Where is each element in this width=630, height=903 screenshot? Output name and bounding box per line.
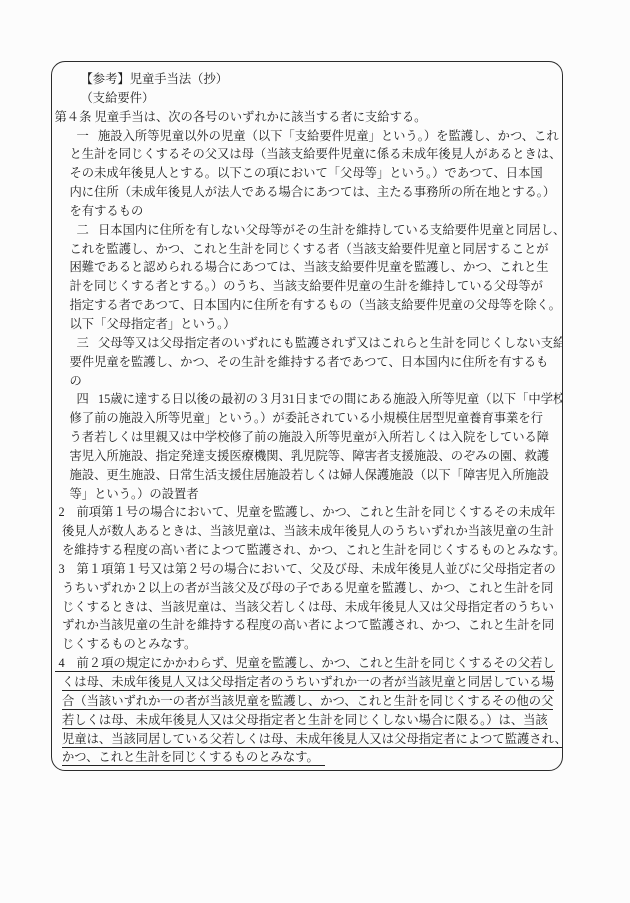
law-line: 指定する者であつて、日本国内に住所を有するもの（当該支給要件児童の父母等を除く。 bbox=[55, 296, 561, 315]
law-line-text: 指定する者であつて、日本国内に住所を有するもの（当該支給要件児童の父母等を除く。 bbox=[70, 298, 561, 312]
law-line: ずれか当該児童の生計を維持する程度の高い者によつて監護され、かつ、これと生計を同 bbox=[55, 616, 561, 635]
law-line: 若しくは母、未成年後見人又は父母指定者と生計を同じくしない場合に限る。）は、当該 bbox=[55, 711, 561, 730]
law-line-numbered: 4前２項の規定にかかわらず、児童を監護し、かつ、これと生計を同じくするその父若し bbox=[55, 654, 561, 673]
law-line-text: 合（当該いずれか一の者が当該児童を監護し、かつ、これと生計を同じくするその他の父 bbox=[62, 694, 553, 708]
law-line-text: くは母、未成年後見人又は父母指定者のうちいずれか一の者が当該児童と同居している場 bbox=[62, 675, 554, 689]
law-line-text: これを監護し、かつ、これと生計を同じくする者（当該支給要件児童と同居することが bbox=[70, 242, 549, 256]
law-line-text: 日本国内に住所を有しない父母等がその生計を維持している支給要件児童と同居し、 bbox=[98, 223, 563, 237]
law-line-numbered: 三父母等又は父母指定者のいずれにも監護されず又はこれらと生計を同じくしない支給 bbox=[55, 334, 561, 353]
text-run: じくするものとみなす。 bbox=[62, 637, 196, 651]
law-line: 第４条 児童手当は、次の各号のいずれかに該当する者に支給する。 bbox=[55, 108, 561, 127]
law-line: を有するもの bbox=[55, 202, 561, 221]
underlined-text-run: かつ、これと生計を同じくするものとみなす。 bbox=[62, 750, 325, 766]
law-line: 計を同じくする者とする。）のうち、当該支給要件児童の生計を維持している父母等が bbox=[55, 277, 561, 296]
text-run: うちいずれか２以上の者が当該父及び母の子である児童を監護し、かつ、これと生計を同 bbox=[62, 581, 553, 595]
law-line: を維持する程度の高い者によつて監護され、かつ、これと生計を同じくするものとみなす… bbox=[55, 541, 561, 560]
text-run: の bbox=[70, 374, 82, 388]
paragraph-number: 4 bbox=[55, 654, 77, 673]
law-line-text: 要件児童を監護し、かつ、その生計を維持する者であつて、日本国内に住所を有するも bbox=[70, 355, 549, 369]
law-line: じくするものとみなす。 bbox=[55, 635, 561, 654]
text-run: これを監護し、かつ、これと生計を同じくする者（当該支給要件児童と同居することが bbox=[70, 242, 549, 256]
law-line-text: 修了前の施設入所等児童」という。）が委託されている小規模住居型児童養育事業を行 bbox=[70, 411, 543, 425]
law-line: 内に住所（未成年後見人が法人である場合にあつては、主たる事務所の所在地とする。） bbox=[55, 183, 561, 202]
law-line: 要件児童を監護し、かつ、その生計を維持する者であつて、日本国内に住所を有するも bbox=[55, 353, 561, 372]
text-run: 修了前の施設入所等児童」という。）が委託されている小規模住居型児童養育事業を行 bbox=[70, 411, 543, 425]
paragraph-number: 2 bbox=[55, 503, 77, 522]
law-line: （支給要件） bbox=[55, 89, 561, 108]
underlined-text-run: 若しくは母、未成年後見人又は父母指定者と生計を同じくしない場合に限る。）は、当該 bbox=[62, 713, 548, 729]
law-line: 合（当該いずれか一の者が当該児童を監護し、かつ、これと生計を同じくするその他の父 bbox=[55, 692, 561, 711]
law-text: 【参考】児童手当法（抄）（支給要件）第４条 児童手当は、次の各号のいずれかに該当… bbox=[55, 70, 561, 767]
text-run: （支給要件） bbox=[81, 91, 155, 105]
law-line-text: 15歳に達する日以後の最初の３月31日までの間にある施設入所等児童（以下「中学校 bbox=[98, 392, 563, 406]
text-run: 要件児童を監護し、かつ、その生計を維持する者であつて、日本国内に住所を有するも bbox=[70, 355, 549, 369]
law-line-text: 父母等又は父母指定者のいずれにも監護されず又はこれらと生計を同じくしない支給 bbox=[98, 336, 563, 350]
text-run: じくするときは、当該児童は、当該父若しくは母、未成年後見人又は父母指定者のうちい bbox=[62, 600, 554, 614]
law-line-text: 困難であると認められる場合にあつては、当該支給要件児童を監護し、かつ、これと生 bbox=[70, 260, 549, 274]
law-line-text: （支給要件） bbox=[81, 91, 155, 105]
text-run: 指定する者であつて、日本国内に住所を有するもの（当該支給要件児童の父母等を除く。 bbox=[70, 298, 561, 312]
law-line-numbered: 二日本国内に住所を有しない父母等がその生計を維持している支給要件児童と同居し、 bbox=[55, 221, 561, 240]
law-line-numbered: 3第１項第１号又は第２号の場合において、父及び母、未成年後見人並びに父母指定者の bbox=[55, 560, 561, 579]
text-run: 3第１項第１号又は第２号の場合において、父及び母、未成年後見人並びに父母指定者の bbox=[55, 562, 556, 576]
text-run: 害児入所施設、指定発達支援医療機関、乳児院等、障害者支援施設、のぞみの園、救護 bbox=[70, 449, 550, 463]
law-line-text: 児童は、当該同居している父若しくは母、未成年後見人又は父母指定者によつて監護され… bbox=[62, 732, 563, 746]
law-line-text: じくするときは、当該児童は、当該父若しくは母、未成年後見人又は父母指定者のうちい bbox=[62, 600, 554, 614]
item-number: 四 bbox=[77, 390, 99, 409]
law-line: う者若しくは里親又は中学校修了前の施設入所等児童が入所若しくは入院をしている障 bbox=[55, 428, 561, 447]
law-line-text: 計を同じくする者とする。）のうち、当該支給要件児童の生計を維持している父母等が bbox=[70, 279, 543, 293]
text-run: 第４条 児童手当は、次の各号のいずれかに該当する者に支給する。 bbox=[55, 110, 427, 124]
text-run: 内に住所（未成年後見人が法人である場合にあつては、主たる事務所の所在地とする。） bbox=[70, 185, 556, 199]
law-line-text: 第１項第１号又は第２号の場合において、父及び母、未成年後見人並びに父母指定者の bbox=[77, 562, 556, 576]
law-line: 修了前の施設入所等児童」という。）が委託されている小規模住居型児童養育事業を行 bbox=[55, 409, 561, 428]
item-number: 三 bbox=[77, 334, 99, 353]
text-run: 計を同じくする者とする。）のうち、当該支給要件児童の生計を維持している父母等が bbox=[70, 279, 543, 293]
underlined-text-run: くは母、未成年後見人又は父母指定者のうちいずれか一の者が当該児童と同居している場 bbox=[62, 675, 554, 691]
law-line-text: 前項第１号の場合において、児童を監護し、かつ、これと生計を同じくするその未成年 bbox=[77, 505, 556, 519]
law-line-text: 以下「父母指定者」という。） bbox=[70, 317, 236, 331]
law-line: これを監護し、かつ、これと生計を同じくする者（当該支給要件児童と同居することが bbox=[55, 240, 561, 259]
underlined-text-run: 合（当該いずれか一の者が当該児童を監護し、かつ、これと生計を同じくするその他の父 bbox=[62, 694, 553, 710]
law-line-text: の bbox=[70, 374, 82, 388]
law-line: 等」という。）の設置者 bbox=[55, 485, 561, 504]
law-line: その未成年後見人とする。以下この項において「父母等」という。）であつて、日本国 bbox=[55, 164, 561, 183]
law-line-text: を有するもの bbox=[70, 204, 144, 218]
law-line: かつ、これと生計を同じくするものとみなす。 bbox=[55, 748, 561, 767]
paragraph-number: 3 bbox=[55, 560, 77, 579]
law-line: うちいずれか２以上の者が当該父及び母の子である児童を監護し、かつ、これと生計を同 bbox=[55, 579, 561, 598]
text-run: を維持する程度の高い者によつて監護され、かつ、これと生計を同じくするものとみなす… bbox=[62, 543, 563, 557]
law-line-text: 【参考】児童手当法（抄） bbox=[81, 72, 229, 86]
underlined-text-run: 4前２項の規定にかかわらず、児童を監護し、かつ、これと生計を同じくするその父若し bbox=[55, 656, 555, 672]
page: { "meta": { "background_color": "#fcfcfc… bbox=[0, 0, 630, 903]
law-line-text: 施設、更生施設、日常生活支援住居施設若しくは婦人保護施設（以下「障害児入所施設 bbox=[70, 468, 550, 482]
law-line-text: 若しくは母、未成年後見人又は父母指定者と生計を同じくしない場合に限る。）は、当該 bbox=[62, 713, 548, 727]
law-line-text: 施設入所等児童以外の児童（以下「支給要件児童」という。）を監護し、かつ、これ bbox=[98, 129, 559, 143]
law-line: と生計を同じくするその父又は母（当該支給要件児童に係る未成年後見人があるときは、 bbox=[55, 145, 561, 164]
law-line-text: 第４条 児童手当は、次の各号のいずれかに該当する者に支給する。 bbox=[55, 110, 427, 124]
law-line: じくするときは、当該児童は、当該父若しくは母、未成年後見人又は父母指定者のうちい bbox=[55, 598, 561, 617]
text-run: う者若しくは里親又は中学校修了前の施設入所等児童が入所若しくは入院をしている障 bbox=[70, 430, 550, 444]
text-run: 2前項第１号の場合において、児童を監護し、かつ、これと生計を同じくするその未成年 bbox=[55, 505, 556, 519]
law-line-text: かつ、これと生計を同じくするものとみなす。 bbox=[62, 750, 325, 764]
law-line-numbered: 四15歳に達する日以後の最初の３月31日までの間にある施設入所等児童（以下「中学… bbox=[55, 390, 561, 409]
text-run: 一施設入所等児童以外の児童（以下「支給要件児童」という。）を監護し、かつ、これ bbox=[77, 129, 559, 143]
law-line: 後見人が数人あるときは、当該児童は、当該未成年後見人のうちいずれか当該児童の生計 bbox=[55, 522, 561, 541]
text-run: 四15歳に達する日以後の最初の３月31日までの間にある施設入所等児童（以下「中学… bbox=[77, 392, 564, 406]
law-line-text: じくするものとみなす。 bbox=[62, 637, 196, 651]
law-line-numbered: 一施設入所等児童以外の児童（以下「支給要件児童」という。）を監護し、かつ、これ bbox=[55, 127, 561, 146]
law-line-text: うちいずれか２以上の者が当該父及び母の子である児童を監護し、かつ、これと生計を同 bbox=[62, 581, 553, 595]
law-line: 施設、更生施設、日常生活支援住居施設若しくは婦人保護施設（以下「障害児入所施設 bbox=[55, 466, 561, 485]
text-run: その未成年後見人とする。以下この項において「父母等」という。）であつて、日本国 bbox=[70, 166, 543, 180]
text-run: と生計を同じくするその父又は母（当該支給要件児童に係る未成年後見人があるときは、 bbox=[70, 147, 562, 161]
underlined-text-run: 児童は、当該同居している父若しくは母、未成年後見人又は父母指定者によつて監護され… bbox=[62, 732, 563, 748]
law-line: の bbox=[55, 372, 561, 391]
text-run: 二日本国内に住所を有しない父母等がその生計を維持している支給要件児童と同居し、 bbox=[77, 223, 564, 237]
text-run: を有するもの bbox=[70, 204, 144, 218]
text-run: 等」という。）の設置者 bbox=[70, 487, 199, 501]
text-run: 三父母等又は父母指定者のいずれにも監護されず又はこれらと生計を同じくしない支給 bbox=[77, 336, 564, 350]
law-line: くは母、未成年後見人又は父母指定者のうちいずれか一の者が当該児童と同居している場 bbox=[55, 673, 561, 692]
document-page: 【参考】児童手当法（抄）（支給要件）第４条 児童手当は、次の各号のいずれかに該当… bbox=[0, 0, 630, 903]
text-run: 以下「父母指定者」という。） bbox=[70, 317, 236, 331]
law-line-text: 等」という。）の設置者 bbox=[70, 487, 199, 501]
law-line: 困難であると認められる場合にあつては、当該支給要件児童を監護し、かつ、これと生 bbox=[55, 258, 561, 277]
law-line: 以下「父母指定者」という。） bbox=[55, 315, 561, 334]
law-line: 【参考】児童手当法（抄） bbox=[55, 70, 561, 89]
law-line-text: 後見人が数人あるときは、当該児童は、当該未成年後見人のうちいずれか当該児童の生計 bbox=[62, 524, 554, 538]
law-line-text: を維持する程度の高い者によつて監護され、かつ、これと生計を同じくするものとみなす… bbox=[62, 543, 563, 557]
law-line-text: う者若しくは里親又は中学校修了前の施設入所等児童が入所若しくは入院をしている障 bbox=[70, 430, 550, 444]
text-run: ずれか当該児童の生計を維持する程度の高い者によつて監護され、かつ、これと生計を同 bbox=[62, 618, 554, 632]
text-run: 後見人が数人あるときは、当該児童は、当該未成年後見人のうちいずれか当該児童の生計 bbox=[62, 524, 554, 538]
law-line-numbered: 2前項第１号の場合において、児童を監護し、かつ、これと生計を同じくするその未成年 bbox=[55, 503, 561, 522]
law-excerpt-box: 【参考】児童手当法（抄）（支給要件）第４条 児童手当は、次の各号のいずれかに該当… bbox=[51, 61, 563, 771]
law-line-text: 害児入所施設、指定発達支援医療機関、乳児院等、障害者支援施設、のぞみの園、救護 bbox=[70, 449, 550, 463]
law-line-text: と生計を同じくするその父又は母（当該支給要件児童に係る未成年後見人があるときは、 bbox=[70, 147, 562, 161]
law-line: 児童は、当該同居している父若しくは母、未成年後見人又は父母指定者によつて監護され… bbox=[55, 730, 561, 749]
law-line: 害児入所施設、指定発達支援医療機関、乳児院等、障害者支援施設、のぞみの園、救護 bbox=[55, 447, 561, 466]
text-run: 困難であると認められる場合にあつては、当該支給要件児童を監護し、かつ、これと生 bbox=[70, 260, 549, 274]
law-line-text: 前２項の規定にかかわらず、児童を監護し、かつ、これと生計を同じくするその父若し bbox=[77, 656, 555, 670]
item-number: 二 bbox=[77, 221, 99, 240]
text-run: 施設、更生施設、日常生活支援住居施設若しくは婦人保護施設（以下「障害児入所施設 bbox=[70, 468, 550, 482]
item-number: 一 bbox=[77, 127, 99, 146]
law-line-text: ずれか当該児童の生計を維持する程度の高い者によつて監護され、かつ、これと生計を同 bbox=[62, 618, 554, 632]
text-run: 【参考】児童手当法（抄） bbox=[81, 72, 229, 86]
law-line-text: 内に住所（未成年後見人が法人である場合にあつては、主たる事務所の所在地とする。） bbox=[70, 185, 556, 199]
law-line-text: その未成年後見人とする。以下この項において「父母等」という。）であつて、日本国 bbox=[70, 166, 543, 180]
